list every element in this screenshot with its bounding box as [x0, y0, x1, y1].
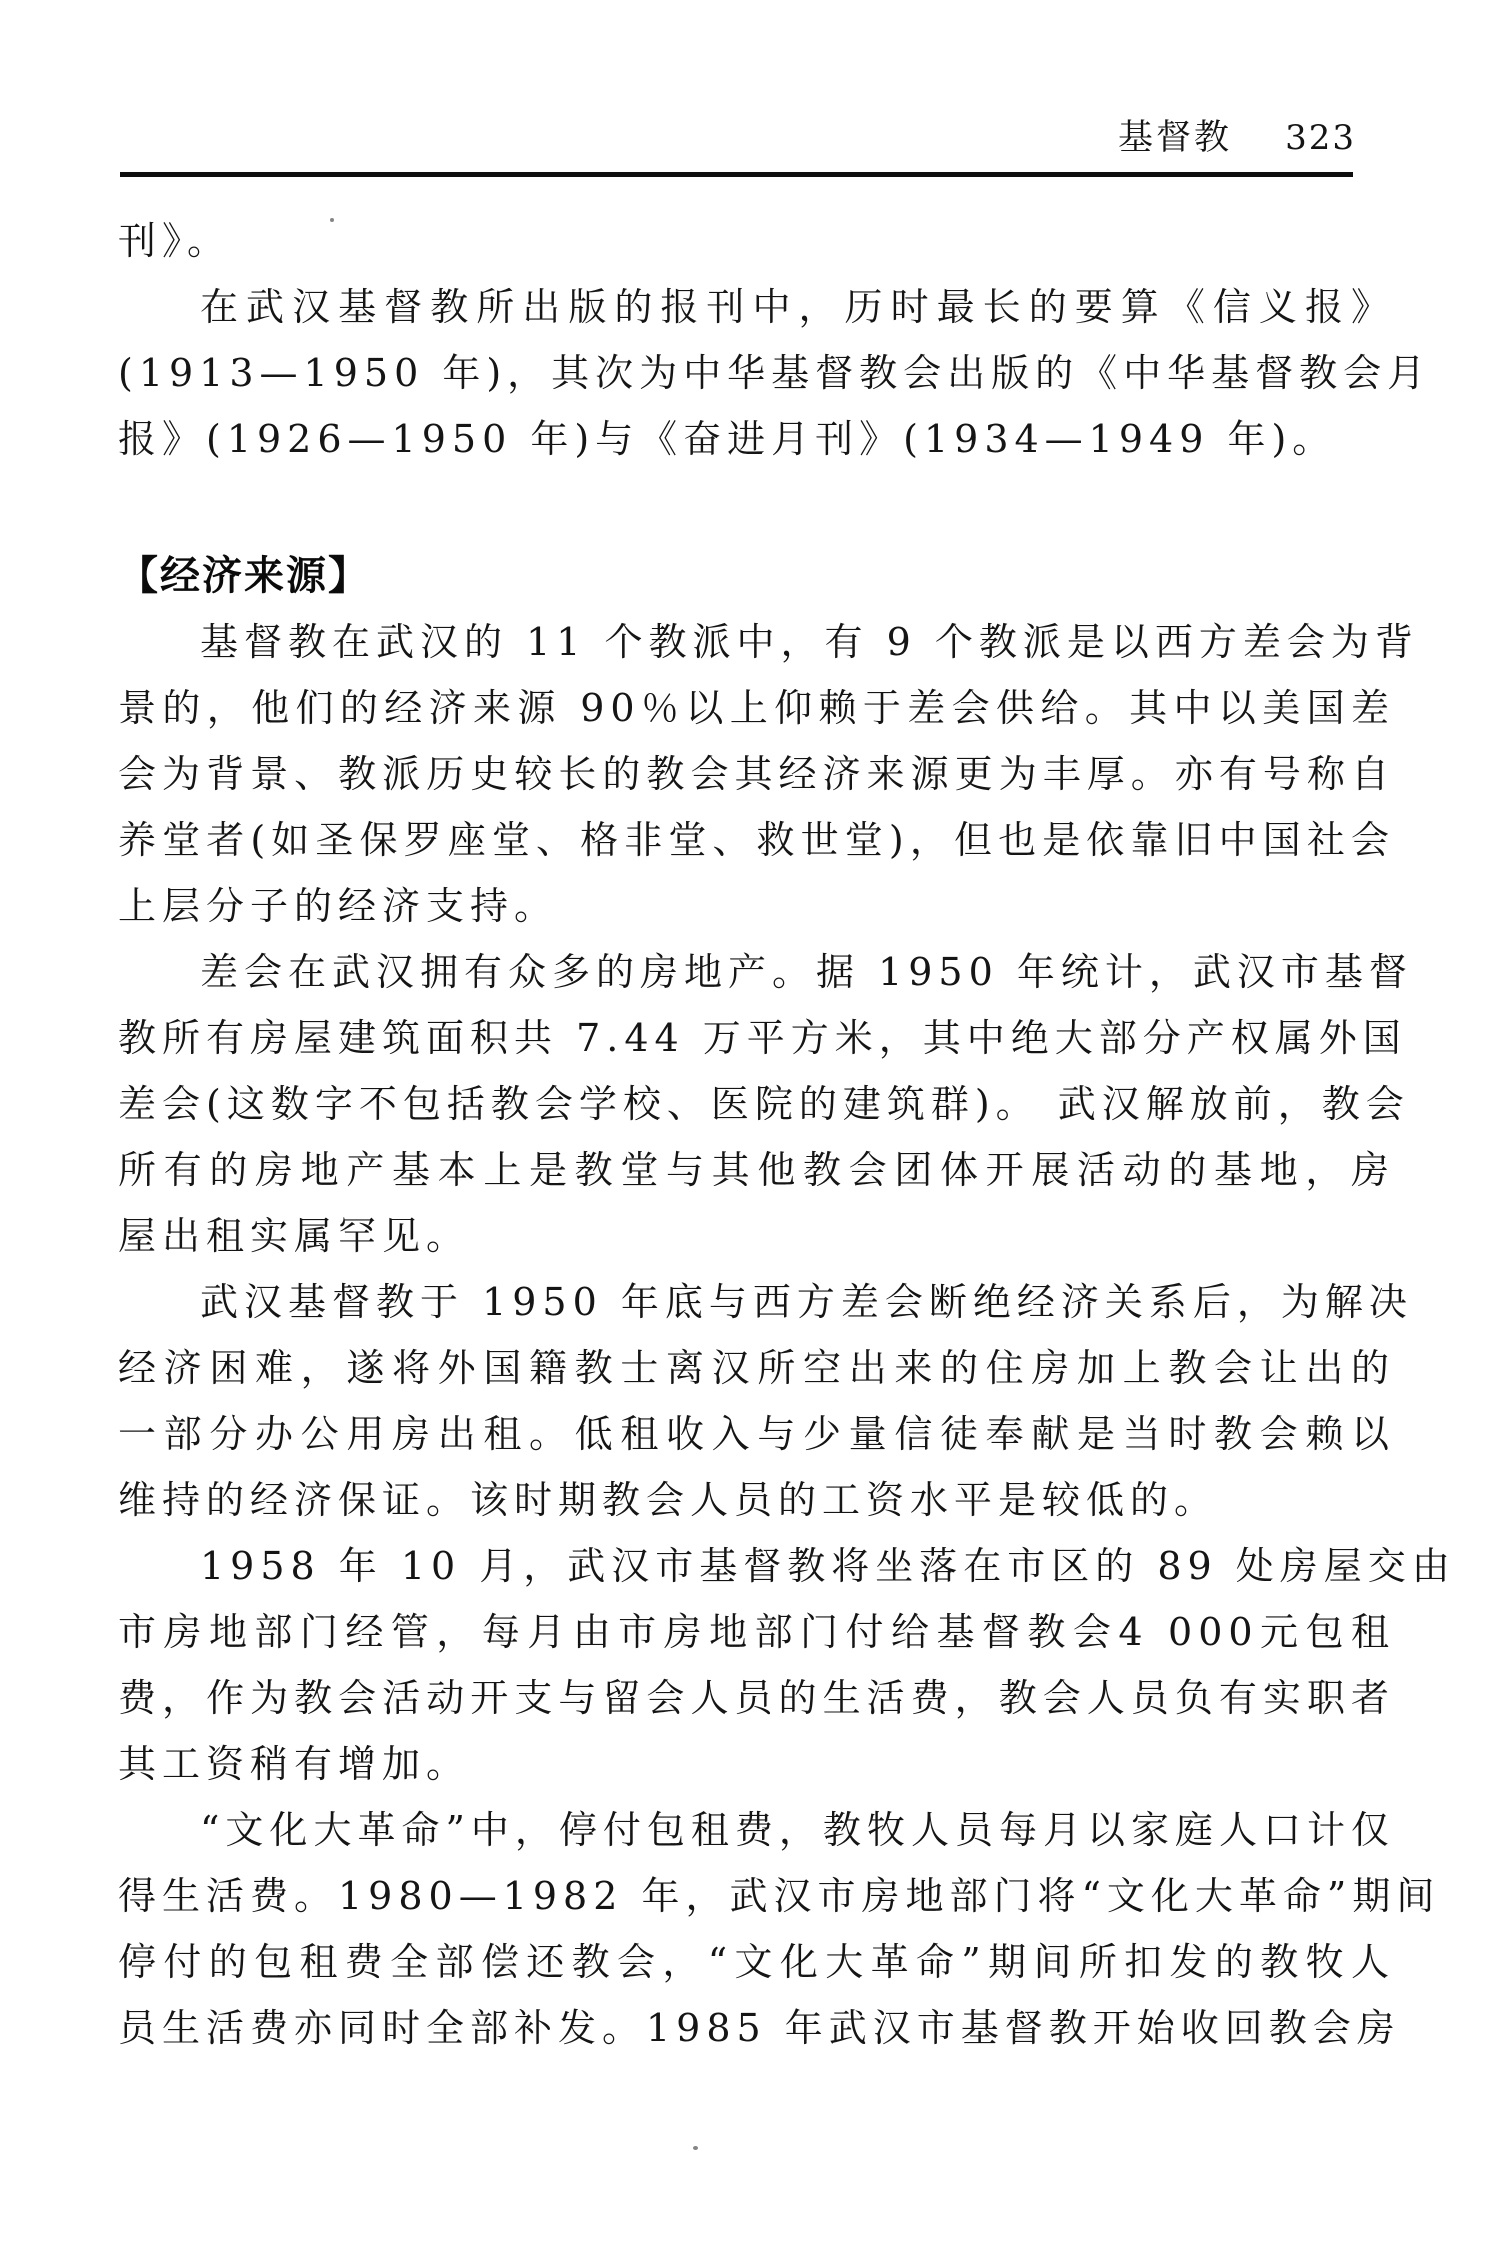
section-heading: 【经济来源】 [118, 543, 1395, 609]
text-line: 市房地部门经管，每月由市房地部门付给基督教会4 000元包租 [118, 1599, 1395, 1665]
text-line: 报》(1926—1950 年)与《奋进月刊》(1934—1949 年)。 [118, 406, 1395, 472]
text-line: “文化大革命”中，停付包租费，教牧人员每月以家庭人口计仅 [118, 1797, 1395, 1863]
text-line: 所有的房地产基本上是教堂与其他教会团体开展活动的基地，房 [118, 1137, 1395, 1203]
text-line: 员生活费亦同时全部补发。1985 年武汉市基督教开始收回教会房 [118, 1995, 1395, 2061]
text-line: 差会(这数字不包括教会学校、医院的建筑群)。 武汉解放前，教会 [118, 1071, 1395, 1137]
text-line: 养堂者(如圣保罗座堂、格非堂、救世堂)，但也是依靠旧中国社会 [118, 807, 1395, 873]
text-line: 差会在武汉拥有众多的房地产。据 1950 年统计，武汉市基督 [118, 939, 1395, 1005]
text-line: 在武汉基督教所出版的报刊中，历时最长的要算《信义报》 [118, 274, 1395, 340]
text-line: 基督教在武汉的 11 个教派中，有 9 个教派是以西方差会为背 [118, 609, 1395, 675]
text-line: 刊》。 [118, 208, 1395, 274]
text-line: 费，作为教会活动开支与留会人员的生活费，教会人员负有实职者 [118, 1665, 1395, 1731]
text-line: 一部分办公用房出租。低租收入与少量信徒奉献是当时教会赖以 [118, 1401, 1395, 1467]
text-line: 1958 年 10 月，武汉市基督教将坐落在市区的 89 处房屋交由 [118, 1533, 1395, 1599]
text-line: 上层分子的经济支持。 [118, 873, 1395, 939]
text-line: 会为背景、教派历史较长的教会其经济来源更为丰厚。亦有号称自 [118, 741, 1395, 807]
text-line: 其工资稍有增加。 [118, 1731, 1395, 1797]
text-line: (1913—1950 年)，其次为中华基督教会出版的《中华基督教会月 [118, 340, 1395, 406]
scan-artifact [693, 2146, 698, 2150]
document-page: 基督教 323 刊》。在武汉基督教所出版的报刊中，历时最长的要算《信义报》(19… [0, 0, 1500, 2265]
running-header: 基督教 323 [1118, 110, 1356, 160]
text-line: 经济困难，遂将外国籍教士离汉所空出来的住房加上教会让出的 [118, 1335, 1395, 1401]
header-rule [120, 172, 1353, 177]
text-line: 屋出租实属罕见。 [118, 1203, 1395, 1269]
running-title: 基督教 [1118, 110, 1232, 160]
body-text: 刊》。在武汉基督教所出版的报刊中，历时最长的要算《信义报》(1913—1950 … [118, 208, 1395, 2061]
page-number: 323 [1285, 118, 1356, 158]
text-line: 教所有房屋建筑面积共 7.44 万平方米，其中绝大部分产权属外国 [118, 1005, 1395, 1071]
text-line: 景的，他们的经济来源 90％以上仰赖于差会供给。其中以美国差 [118, 675, 1395, 741]
text-line: 得生活费。1980—1982 年，武汉市房地部门将“文化大革命”期间 [118, 1863, 1395, 1929]
text-line: 停付的包租费全部偿还教会，“文化大革命”期间所扣发的教牧人 [118, 1929, 1395, 1995]
text-line: 维持的经济保证。该时期教会人员的工资水平是较低的。 [118, 1467, 1395, 1533]
scan-artifact [330, 218, 334, 222]
text-line: 武汉基督教于 1950 年底与西方差会断绝经济关系后，为解决 [118, 1269, 1395, 1335]
